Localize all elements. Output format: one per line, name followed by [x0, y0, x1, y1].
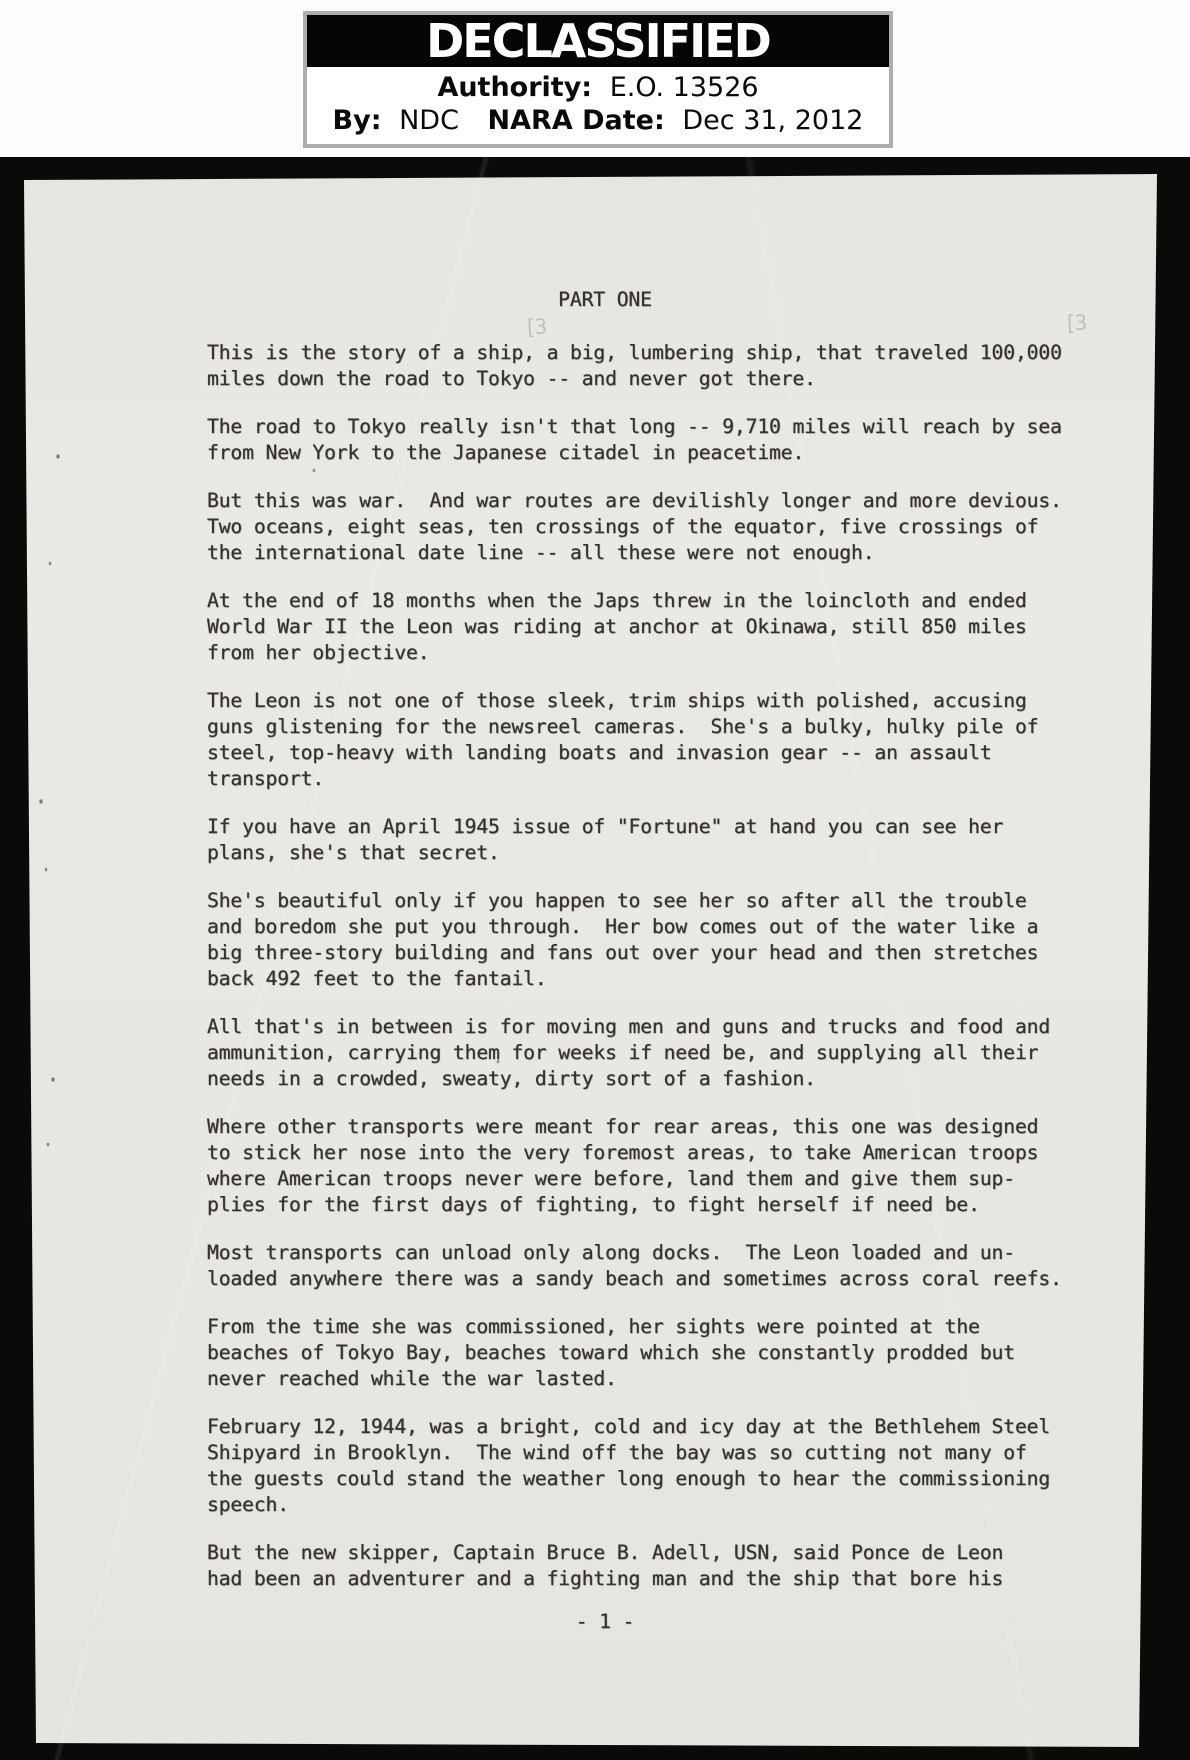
- paragraph-10: Most transports can unload only along do…: [207, 1240, 1087, 1292]
- paragraph-9: Where other transports were meant for re…: [207, 1114, 1087, 1218]
- paragraph-4: At the end of 18 months when the Japs th…: [207, 588, 1087, 666]
- declassified-banner-title: DECLASSIFIED: [307, 15, 889, 67]
- paragraph-8: All that's in between is for moving men …: [207, 1014, 1087, 1092]
- authority-label: Authority:: [437, 72, 592, 103]
- header-strip: DECLASSIFIED Authority: E.O. 13526 By: N…: [0, 0, 1190, 157]
- paper-specks: [0, 157, 2, 160]
- paragraph-7: She's beautiful only if you happen to se…: [207, 888, 1087, 992]
- part-heading: PART ONE: [165, 287, 1045, 313]
- scan-background: [3 [3 PART ONE This is the story of a sh…: [0, 157, 1190, 1760]
- paragraph-13: But the new skipper, Captain Bruce B. Ad…: [207, 1540, 1087, 1592]
- paragraph-1: This is the story of a ship, a big, lumb…: [207, 340, 1087, 392]
- paragraph-3: But this was war. And war routes are dev…: [207, 488, 1087, 566]
- authority-value: E.O. 13526: [610, 72, 759, 103]
- nara-date-value: Dec 31, 2012: [682, 105, 863, 136]
- nara-date-label: NARA Date:: [488, 105, 665, 136]
- paragraph-2: The road to Tokyo really isn't that long…: [207, 414, 1087, 466]
- by-label: By:: [333, 105, 382, 136]
- paragraph-12: February 12, 1944, was a bright, cold an…: [207, 1414, 1087, 1518]
- paragraph-5: The Leon is not one of those sleek, trim…: [207, 688, 1087, 792]
- page-number: - 1 -: [165, 1609, 1045, 1635]
- by-value: NDC: [399, 105, 459, 136]
- paragraph-11: From the time she was commissioned, her …: [207, 1314, 1087, 1392]
- stamp-by-line: By: NDC NARA Date: Dec 31, 2012: [307, 106, 889, 136]
- paragraph-6: If you have an April 1945 issue of "Fort…: [207, 814, 1087, 866]
- stamp-authority-line: Authority: E.O. 13526: [307, 73, 889, 103]
- typed-document-text: PART ONE This is the story of a ship, a …: [207, 287, 1087, 1635]
- declassified-stamp: DECLASSIFIED Authority: E.O. 13526 By: N…: [303, 11, 893, 148]
